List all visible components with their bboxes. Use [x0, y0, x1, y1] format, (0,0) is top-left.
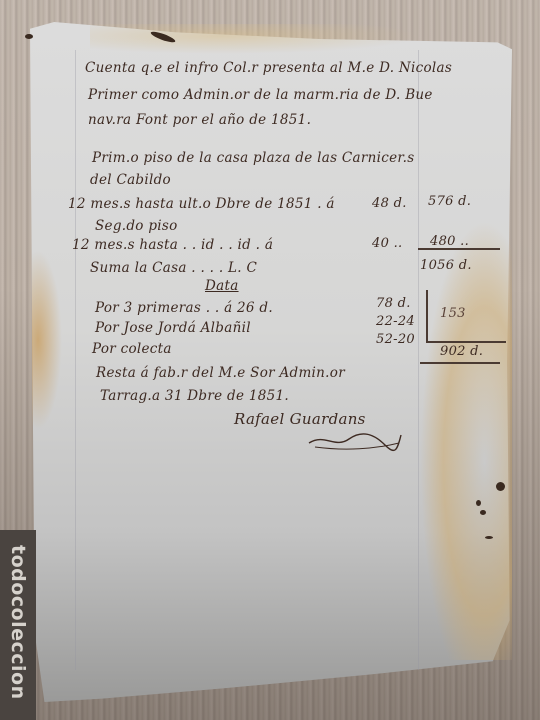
- entry-rate: 40 ..: [372, 236, 402, 251]
- heading-line-1: Cuenta q.e el infro Col.r presenta al M.…: [85, 60, 452, 76]
- bracket-rule: [426, 290, 428, 342]
- data-heading: Data: [205, 278, 239, 294]
- entry-total: 1056 d.: [420, 258, 472, 273]
- sum-rule: [418, 248, 500, 250]
- data-entry-amount: 22-24: [376, 314, 415, 329]
- data-entry-desc: Por Jose Jordá Albañil: [95, 320, 251, 336]
- date-line: Tarrag.a 31 Dbre de 1851.: [100, 388, 289, 404]
- data-entry-amount: 52-20: [376, 332, 415, 347]
- entry-desc: 12 mes.s hasta ult.o Dbre de 1851 . á: [68, 196, 335, 212]
- balance-rule: [420, 362, 500, 364]
- entry-desc: Suma la Casa . . . . L. C: [90, 260, 257, 276]
- margin-rule: [418, 50, 419, 670]
- signature-rubric-icon: [305, 425, 405, 455]
- heading-line-2: Primer como Admin.or de la marm.ria de D…: [88, 87, 433, 103]
- data-entry-desc: Por colecta: [92, 341, 172, 357]
- paper-damage-mark: [25, 34, 33, 39]
- balance-label: Resta á fab.r del M.e Sor Admin.or: [96, 365, 345, 381]
- data-entry-amount: 78 d.: [376, 296, 411, 311]
- paper-damage-mark: [476, 500, 481, 506]
- entry-total: 480 ..: [430, 234, 469, 249]
- paper-damage-mark: [485, 536, 493, 539]
- entry-rate: 48 d.: [372, 196, 407, 211]
- data-entry-desc: Por 3 primeras . . á 26 d.: [95, 300, 273, 316]
- section-title-line-1: Prim.o piso de la casa plaza de las Carn…: [92, 150, 414, 166]
- paper-damage-mark: [480, 510, 486, 515]
- margin-rule: [75, 50, 76, 670]
- section-title-line-2: del Cabildo: [90, 172, 171, 188]
- balance-amount: 902 d.: [440, 344, 483, 359]
- paper-damage-mark: [496, 482, 505, 491]
- heading-line-3: nav.ra Font por el año de 1851.: [88, 112, 311, 128]
- data-subtotal: 153: [440, 306, 466, 321]
- watermark-text: todocoleccion: [4, 545, 32, 710]
- bracket-rule: [426, 341, 506, 343]
- entry-desc: 12 mes.s hasta . . id . . id . á: [72, 237, 273, 253]
- entry-desc: Seg.do piso: [95, 218, 178, 234]
- entry-total: 576 d.: [428, 194, 471, 209]
